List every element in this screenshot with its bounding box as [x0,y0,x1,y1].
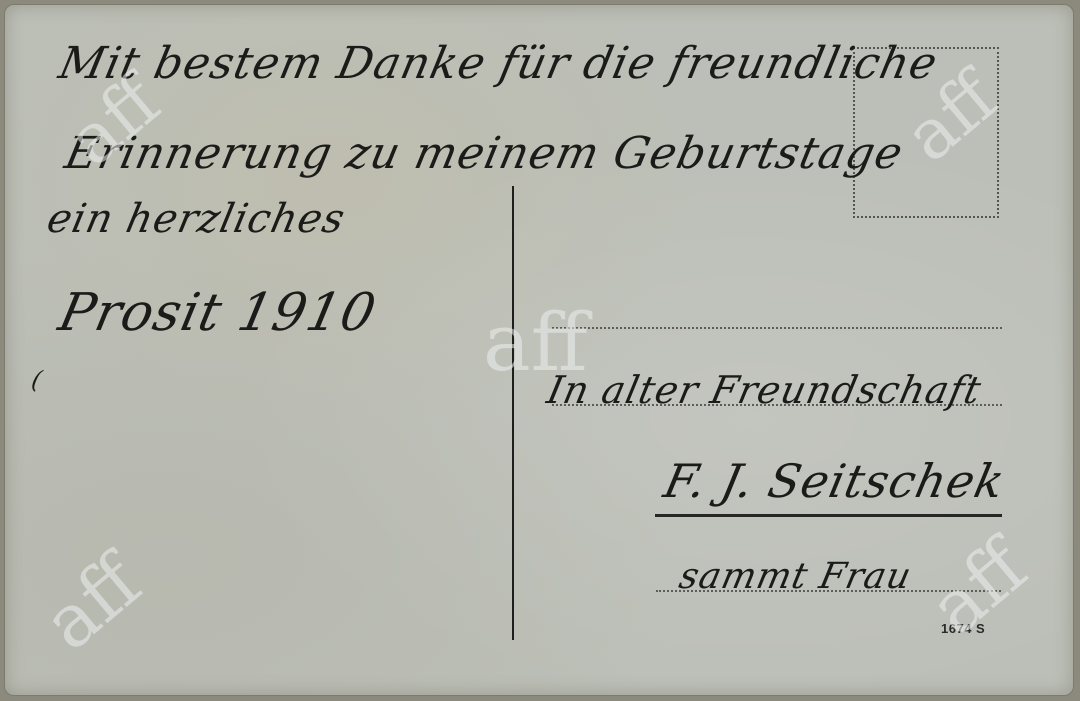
print-code: 1674 S [941,621,985,636]
greeting-line: In alter Freundschaft [543,368,985,412]
signature-underline [655,514,1002,517]
message-line-1: Mit bestem Danke für die freundliche [55,38,943,89]
message-line-3: ein herzliches [43,196,349,242]
center-divider-line [512,186,514,640]
address-line-1 [552,327,1002,329]
closing-line: sammt Frau [676,556,916,597]
scan-frame: Mit bestem Danke für die freundliche Eri… [0,0,1080,701]
message-line-4: Prosit 1910 [54,283,382,343]
message-line-2: Erinnerung zu meinem Geburtstage [61,128,908,179]
signature: F. J. Seitschek [659,454,1010,508]
